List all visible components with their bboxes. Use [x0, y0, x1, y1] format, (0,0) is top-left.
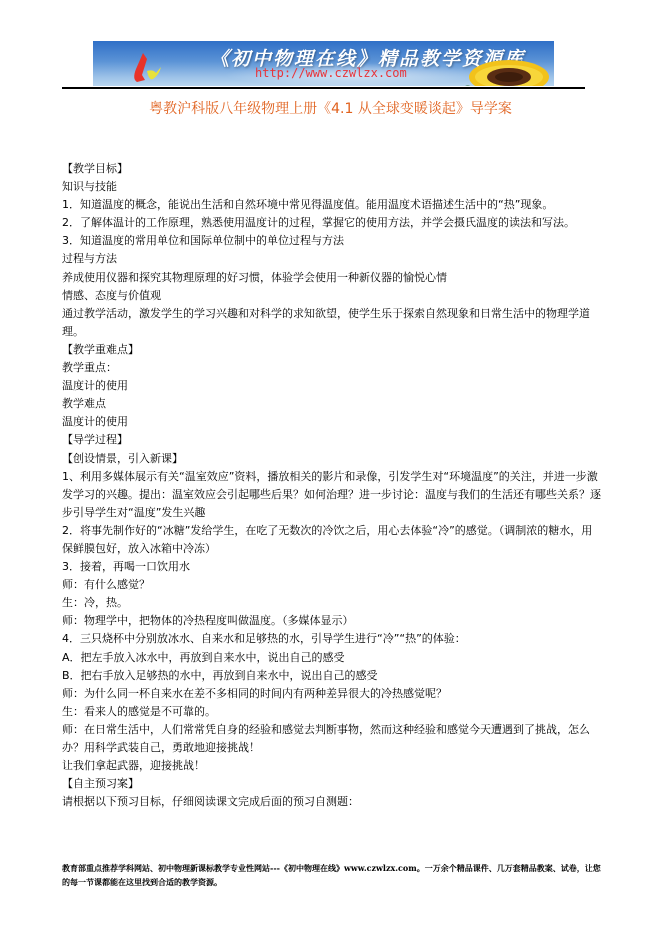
subheading: 教学重点：	[62, 359, 602, 377]
paragraph: 养成使用仪器和探究其物理原理的好习惯，体验学会使用一种新仪器的愉悦心情	[62, 269, 602, 287]
site-banner: 《初中物理在线》精品教学资源库 http://www.czwlzx.com	[93, 41, 554, 86]
subheading: 知识与技能	[62, 178, 602, 196]
document-title: 粤教沪科版八年级物理上册《4.1 从全球变暖谈起》导学案	[0, 98, 661, 118]
paragraph: 1、利用多媒体展示有关“温室效应”资料，播放相关的影片和录像，引发学生对“环境温…	[62, 468, 602, 522]
sunflower-icon	[461, 55, 551, 86]
paragraph: 通过教学活动，激发学生的学习兴趣和对科学的求知欲望，使学生乐于探索自然现象和日常…	[62, 305, 602, 341]
dialogue-line: 师：在日常生活中，人们常常凭自身的经验和感觉去判断事物，然而这种经验和感觉今天遭…	[62, 721, 602, 757]
banner-url: http://www.czwlzx.com	[255, 66, 407, 80]
logo-icon	[127, 53, 163, 83]
paragraph: 2．了解体温计的工作原理，熟悉使用温度计的过程，掌握它的使用方法，并学会摄氏温度…	[62, 214, 602, 232]
section-heading: 【自主预习案】	[62, 775, 602, 793]
paragraph: 3．知道温度的常用单位和国际单位制中的单位过程与方法	[62, 232, 602, 250]
section-heading: 【导学过程】	[62, 431, 602, 449]
subheading: 教学难点	[62, 395, 602, 413]
paragraph: 2．将事先制作好的“冰糖”发给学生，在吃了无数次的冷饮之后，用心去体验“冷”的感…	[62, 522, 602, 558]
paragraph: 4．三只烧杯中分别放冰水、自来水和足够热的水，引导学生进行“冷”“热”的体验：	[62, 630, 602, 648]
dialogue-line: 师：为什么同一杯自来水在差不多相同的时间内有两种差异很大的冷热感觉呢？	[62, 685, 602, 703]
page-footer: 教育部重点推荐学科网站、初中物理新课标教学专业性网站---《初中物理在线》www…	[62, 861, 602, 889]
section-heading: 【创设情景，引入新课】	[62, 450, 602, 468]
paragraph: 温度计的使用	[62, 377, 602, 395]
subheading: 情感、态度与价值观	[62, 287, 602, 305]
dialogue-line: 师：有什么感觉？	[62, 576, 602, 594]
header-divider	[62, 87, 585, 89]
paragraph: 1．知道温度的概念，能说出生活和自然环境中常见得温度值。能用温度术语描述生活中的…	[62, 196, 602, 214]
list-item: B．把右手放入足够热的水中，再放到自来水中，说出自己的感受	[62, 667, 602, 685]
section-heading: 【教学目标】	[62, 160, 602, 178]
paragraph: 让我们拿起武器，迎接挑战！	[62, 757, 602, 775]
list-item: A．把左手放入冰水中，再放到自来水中，说出自己的感受	[62, 649, 602, 667]
paragraph: 请根据以下预习目标，仔细阅读课文完成后面的预习自测题：	[62, 793, 602, 811]
subheading: 过程与方法	[62, 250, 602, 268]
section-heading: 【教学重难点】	[62, 341, 602, 359]
paragraph: 3．接着，再喝一口饮用水	[62, 558, 602, 576]
paragraph: 温度计的使用	[62, 413, 602, 431]
document-body: 【教学目标】 知识与技能 1．知道温度的概念，能说出生活和自然环境中常见得温度值…	[62, 160, 602, 811]
dialogue-line: 生：冷，热。	[62, 594, 602, 612]
dialogue-line: 师：物理学中，把物体的冷热程度叫做温度。（多媒体显示）	[62, 612, 602, 630]
dialogue-line: 生：看来人的感觉是不可靠的。	[62, 703, 602, 721]
